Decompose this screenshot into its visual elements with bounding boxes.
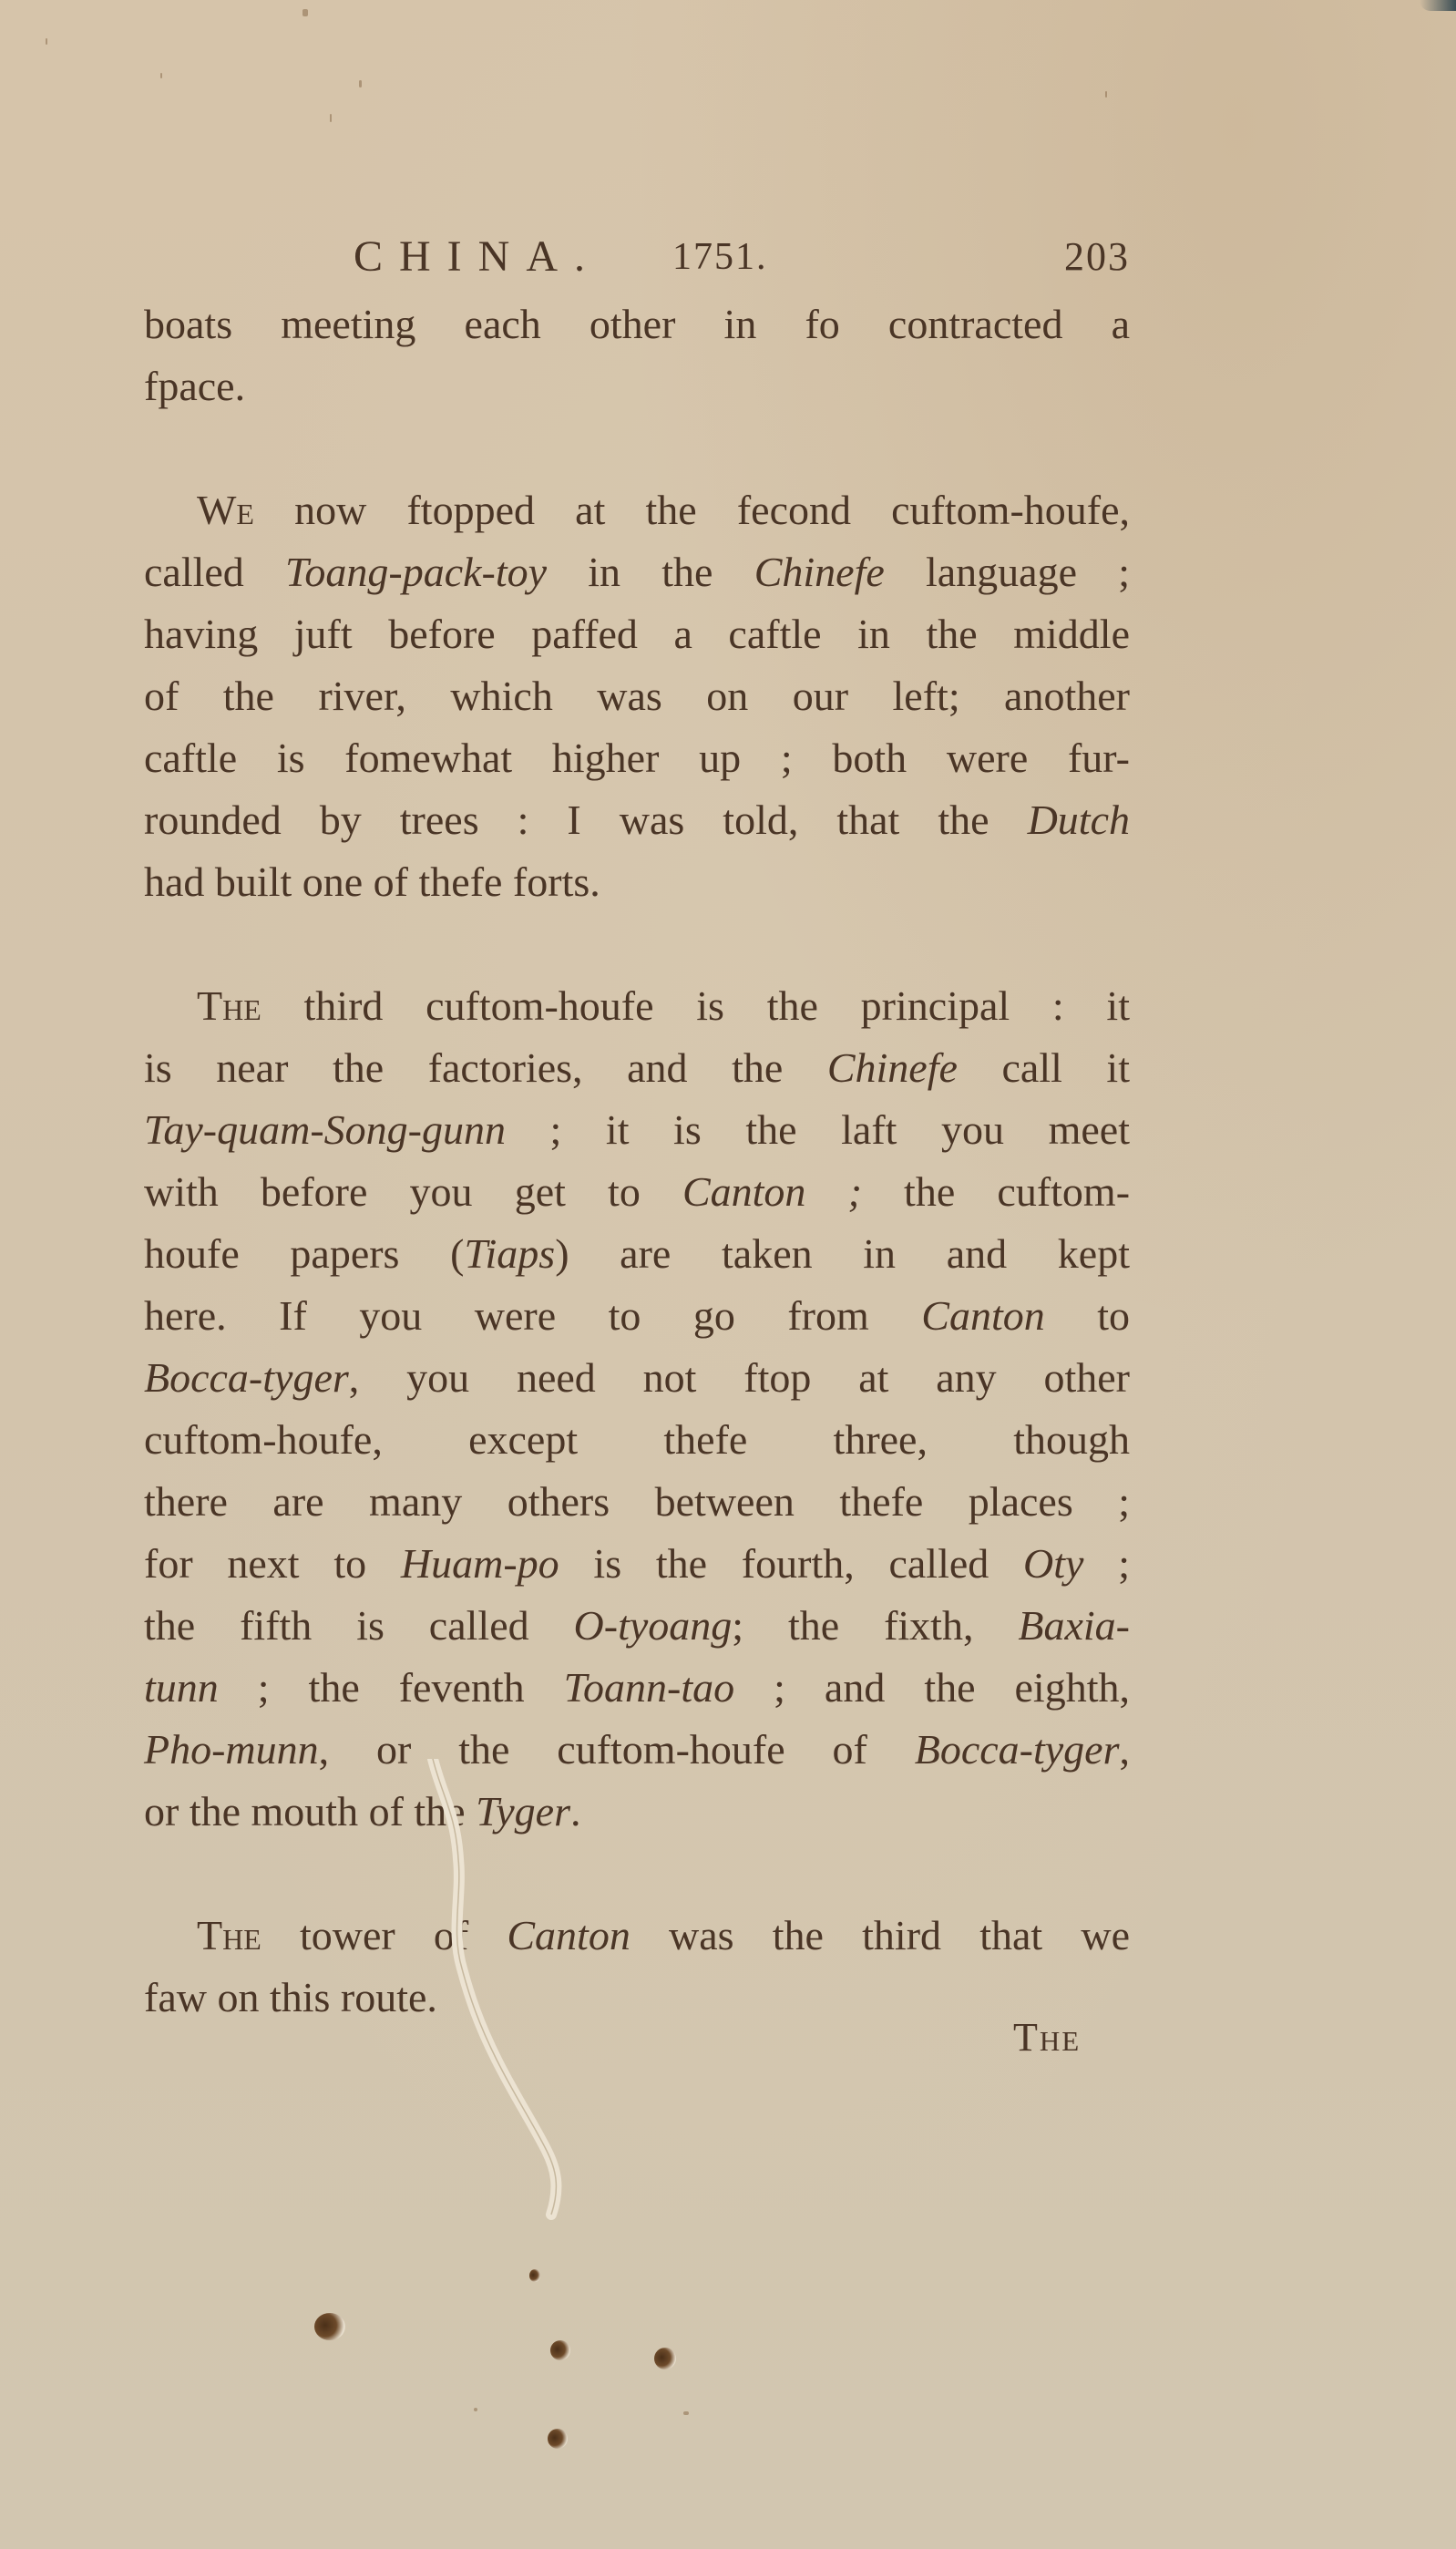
paper-speck xyxy=(683,2411,689,2415)
text-line: caftle is fomewhat higher up ; both were… xyxy=(144,727,1130,789)
paragraph: boats meeting each other in fo contracte… xyxy=(144,293,1130,417)
paragraph: The tower of Canton was the third that w… xyxy=(144,1905,1130,2029)
italic-term: O-tyoang xyxy=(574,1602,733,1649)
italic-term: Canton xyxy=(921,1292,1044,1339)
text-line: The tower of Canton was the third that w… xyxy=(144,1905,1130,1967)
paragraph-gap xyxy=(144,913,1130,975)
paper-speck xyxy=(359,80,362,87)
text-line: Bocca-tyger, you need not ftop at any ot… xyxy=(144,1347,1130,1409)
running-title: CHINA. xyxy=(354,230,601,284)
italic-term: Oty xyxy=(1023,1540,1083,1587)
paragraph-lead-word: The xyxy=(197,1912,261,1958)
italic-term: Baxia- xyxy=(1018,1602,1130,1649)
paragraph-gap xyxy=(144,1843,1130,1905)
text-line: with before you get to Canton ; the cuft… xyxy=(144,1161,1130,1223)
italic-term: Chinefe xyxy=(754,549,885,595)
text-line: houfe papers (Tiaps) are taken in and ke… xyxy=(144,1223,1130,1285)
italic-term: Huam-po xyxy=(401,1540,559,1587)
italic-term: Toann-tao xyxy=(564,1664,734,1711)
running-header: CHINA. 1751. 203 xyxy=(144,230,1130,284)
page-edge-shadow xyxy=(1420,0,1456,11)
running-year: 1751. xyxy=(672,230,768,284)
italic-term: Tiaps xyxy=(464,1230,555,1277)
italic-term: Toang-pack-toy xyxy=(285,549,547,595)
italic-term: Dutch xyxy=(1028,797,1130,843)
text-line: tunn ; the feventh Toann-tao ; and the e… xyxy=(144,1657,1130,1719)
text-line: Tay-quam-Song-gunn ; it is the laft you … xyxy=(144,1099,1130,1161)
paper-speck xyxy=(330,114,332,122)
paragraph: We now ftopped at the fecond cuftom-houf… xyxy=(144,479,1130,913)
italic-term: Bocca-tyger xyxy=(144,1354,349,1401)
italic-term: Chinefe xyxy=(827,1044,958,1091)
paper-speck xyxy=(302,9,308,16)
text-line: fpace. xyxy=(144,355,1130,417)
italic-term: Bocca-tyger xyxy=(915,1726,1120,1773)
paper-speck xyxy=(474,2408,477,2411)
paragraph-lead-word: We xyxy=(197,487,254,533)
paper-speck xyxy=(160,73,162,78)
paragraph-gap xyxy=(144,417,1130,479)
italic-term: Canton ; xyxy=(682,1168,862,1215)
text-line: Pho-munn, or the cuftom-houfe of Bocca-t… xyxy=(144,1719,1130,1781)
text-line: faw on this route. xyxy=(144,1967,1130,2029)
wormhole xyxy=(550,2340,570,2360)
italic-term: Tay-quam-Song-gunn xyxy=(144,1106,506,1153)
text-line: cuftom-houfe, except thefe three, though xyxy=(144,1409,1130,1471)
text-line: rounded by trees : I was told, that the … xyxy=(144,789,1130,851)
text-line: had built one of thefe forts. xyxy=(144,851,1130,913)
text-line: or the mouth of the Tyger. xyxy=(144,1781,1130,1843)
paper-speck xyxy=(1105,91,1107,98)
catchword: The xyxy=(1013,2014,1081,2061)
text-line: having juft before paffed a caftle in th… xyxy=(144,603,1130,665)
italic-term: Pho-munn xyxy=(144,1726,319,1773)
wormhole xyxy=(654,2348,676,2369)
page-number: 203 xyxy=(1064,230,1130,284)
wormhole xyxy=(548,2429,568,2449)
paragraph: The third cuftom-houfe is the principal … xyxy=(144,975,1130,1843)
text-line: called Toang-pack-toy in the Chinefe lan… xyxy=(144,541,1130,603)
worm-track-damage xyxy=(415,1759,597,2278)
body-text: boats meeting each other in fo contracte… xyxy=(144,293,1130,2029)
text-line: is near the factories, and the Chinefe c… xyxy=(144,1037,1130,1099)
text-line: boats meeting each other in fo contracte… xyxy=(144,293,1130,355)
text-line: there are many others between thefe plac… xyxy=(144,1471,1130,1533)
book-page: CHINA. 1751. 203 boats meeting each othe… xyxy=(0,0,1456,2549)
wormhole xyxy=(529,2269,540,2282)
text-line: We now ftopped at the fecond cuftom-houf… xyxy=(144,479,1130,541)
text-line: for next to Huam-po is the fourth, calle… xyxy=(144,1533,1130,1595)
italic-term: tunn xyxy=(144,1664,219,1711)
text-line: here. If you were to go from Canton to xyxy=(144,1285,1130,1347)
text-line: of the river, which was on our left; ano… xyxy=(144,665,1130,727)
wormhole xyxy=(314,2313,345,2340)
paper-speck xyxy=(46,38,47,45)
text-line: the fifth is called O-tyoang; the fixth,… xyxy=(144,1595,1130,1657)
paragraph-lead-word: The xyxy=(197,982,261,1029)
text-line: The third cuftom-houfe is the principal … xyxy=(144,975,1130,1037)
